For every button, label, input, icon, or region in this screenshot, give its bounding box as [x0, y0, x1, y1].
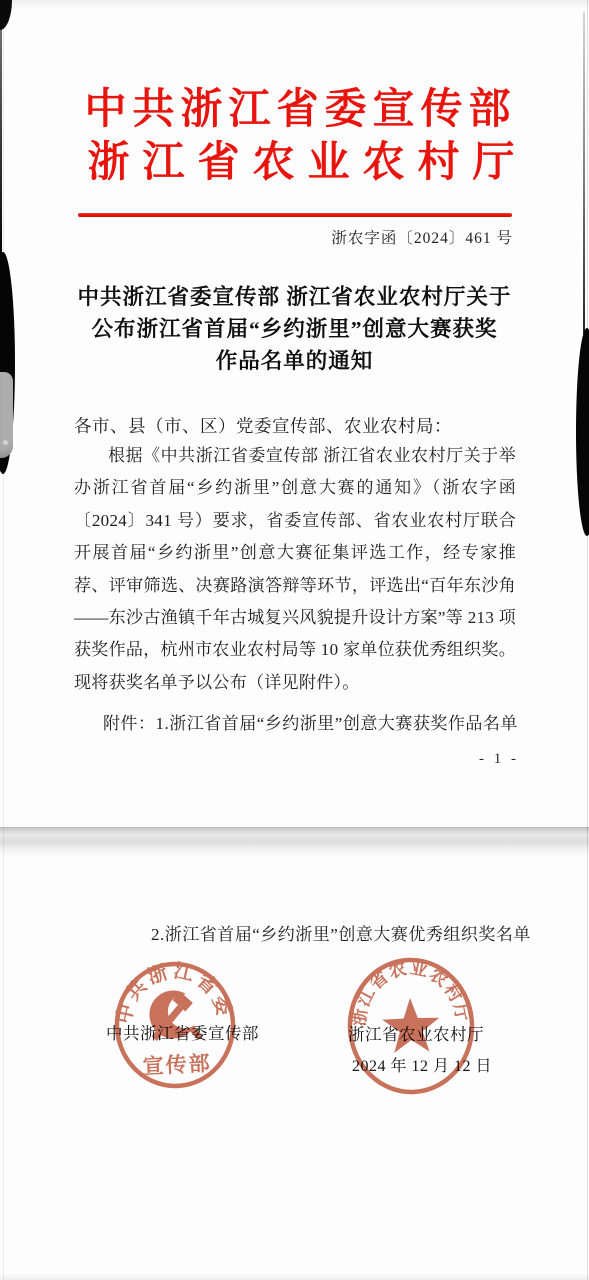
document-photo: 中共浙江省委宣传部 浙江省农业农村厅 浙农字函〔2024〕461 号 中共浙江省…	[0, 0, 589, 1280]
seal-left-bottom-text: 宣传部	[142, 1051, 212, 1079]
page-break	[0, 827, 589, 850]
letterhead-line-1: 中共浙江省委宣传部	[0, 86, 589, 134]
attachment-line-2: 2.浙江省首届“乡约浙里”创意大赛优秀组织奖名单	[151, 920, 531, 945]
page-2	[0, 849, 589, 1280]
page-1: 中共浙江省委宣传部 浙江省农业农村厅 浙农字函〔2024〕461 号 中共浙江省…	[0, 0, 589, 827]
right-edge-shadow-line	[583, 12, 585, 334]
attachment-line: 附件：1.浙江省首届“乡约浙里”创意大赛获奖作品名单	[103, 709, 518, 734]
handle-dot-icon	[3, 440, 8, 445]
floating-handle[interactable]	[0, 372, 13, 458]
hammer-sickle-icon	[148, 989, 203, 1042]
letterhead-rule	[78, 213, 512, 217]
letterhead-line-2: 浙江省农业农村厅	[0, 139, 589, 187]
body-paragraph: 根据《中共浙江省委宣传部 浙江省农业农村厅关于举办浙江省首届“乡约浙里”创意大赛…	[74, 440, 516, 699]
doc-number: 浙农字函〔2024〕461 号	[331, 226, 513, 248]
page-number: - 1 -	[479, 751, 519, 768]
notice-title-line-2: 公布浙江省首届“乡约浙里”创意大赛获奖	[0, 312, 589, 343]
salutation: 各市、县（市、区）党委宣传部、农业农村局：	[74, 413, 452, 438]
right-page-edge	[587, 0, 588, 1280]
seal-right: 浙江省农业农村厅	[343, 954, 480, 1099]
notice-title-line-3: 作品名单的通知	[0, 344, 589, 375]
notice-title-line-1: 中共浙江省委宣传部 浙江省农业农村厅关于	[0, 280, 589, 311]
left-page-edge	[3, 0, 4, 1280]
seal-left: 中共浙江省委 宣传部	[109, 957, 242, 1093]
star-icon	[382, 997, 441, 1053]
